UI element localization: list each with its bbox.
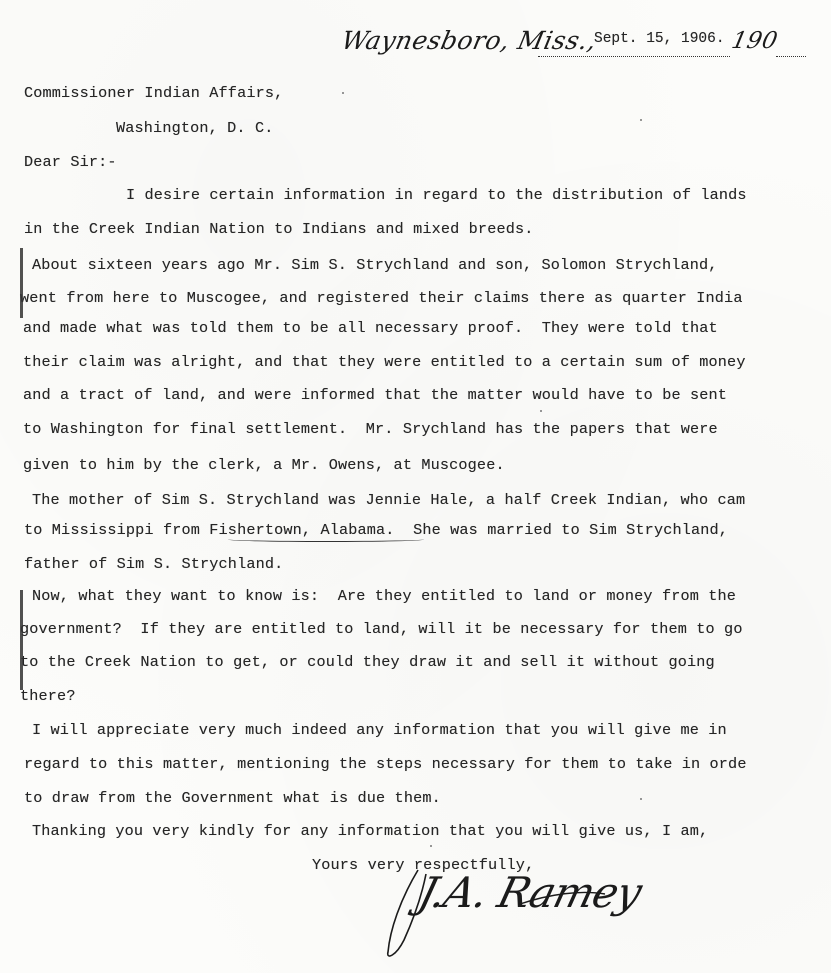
handwritten-underline [228, 537, 424, 542]
margin-mark [20, 248, 23, 318]
body-line: and made what was told them to be all ne… [23, 319, 718, 337]
body-line: given to him by the clerk, a Mr. Owens, … [23, 456, 505, 474]
signature-text: J.A. Ramey [414, 868, 646, 917]
letter-page: Waynesboro, Miss., Sept. 15, 1906. 190 C… [0, 0, 831, 973]
body-line: their claim was alright, and that they w… [23, 353, 746, 371]
scan-speck [640, 119, 642, 121]
scan-speck [540, 410, 542, 412]
body-line: I will appreciate very much indeed any i… [32, 721, 727, 739]
dateline: Waynesboro, Miss., Sept. 15, 1906. 190 [338, 18, 808, 62]
typed-date: Sept. 15, 1906. [594, 31, 725, 47]
body-line: to Washington for final settlement. Mr. … [23, 420, 718, 438]
body-line: government? If they are entitled to land… [20, 620, 743, 638]
body-line: and a tract of land, and were informed t… [23, 386, 727, 404]
body-line: The mother of Sim S. Strychland was Jenn… [32, 491, 745, 509]
date-dotted-rule [538, 56, 730, 57]
body-line: About sixteen years ago Mr. Sim S. Stryc… [32, 256, 718, 274]
scan-speck [342, 92, 344, 94]
body-line: regard to this matter, mentioning the st… [24, 755, 747, 773]
body-line: went from here to Muscogee, and register… [20, 289, 743, 307]
body-line: to the Creek Nation to get, or could the… [20, 653, 715, 671]
scan-speck [640, 798, 642, 800]
signature: J.A. Ramey [370, 860, 630, 960]
body-line: to draw from the Government what is due … [24, 789, 441, 807]
scan-speck [430, 845, 432, 847]
handwritten-place: Waynesboro, Miss., [339, 26, 600, 55]
year-dotted-rule [776, 56, 806, 57]
body-line: there? [20, 687, 76, 705]
body-line: I desire certain information in regard t… [126, 186, 747, 204]
body-line: Now, what they want to know is: Are they… [32, 587, 736, 605]
body-line: in the Creek Indian Nation to Indians an… [24, 220, 534, 238]
scan-speck [246, 300, 248, 302]
printed-year-prefix: 190 [729, 28, 780, 54]
addressee-line-1: Commissioner Indian Affairs, [24, 84, 283, 102]
margin-mark [20, 590, 23, 690]
body-line: Thanking you very kindly for any informa… [32, 822, 708, 840]
salutation: Dear Sir:- [24, 153, 117, 171]
body-line: father of Sim S. Strychland. [24, 555, 283, 573]
addressee-line-2: Washington, D. C. [116, 119, 274, 137]
